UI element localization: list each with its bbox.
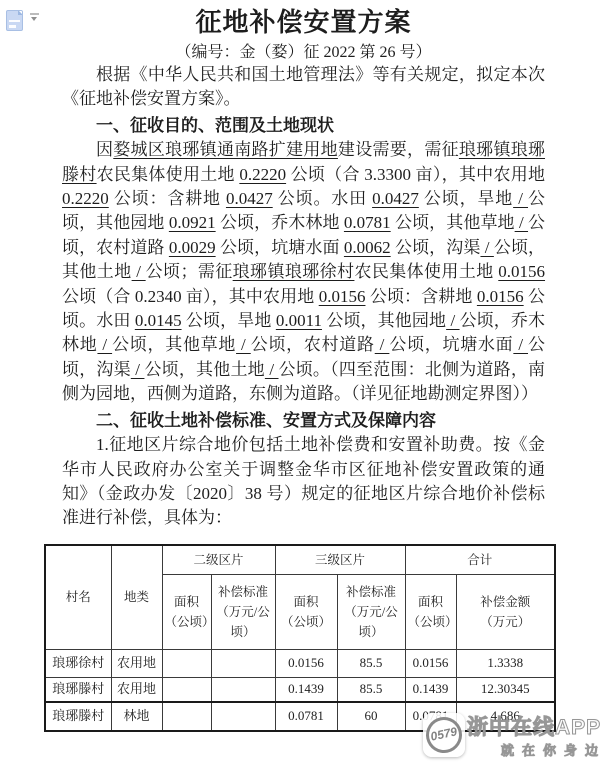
section2-heading: 二、征收土地补偿标准、安置方式及保障内容: [62, 409, 545, 433]
compensation-table: 村名 地类 二级区片 三级区片 合计 面积 （公顷） 补偿标准 （万元/公 顷）…: [44, 544, 556, 732]
cell-area-l2: [162, 649, 211, 677]
dropdown-arrow-icon[interactable]: [29, 13, 40, 22]
cell-land-type: 农用地: [111, 649, 162, 677]
section1-heading: 一、征收目的、范围及土地现状: [62, 114, 545, 138]
cell-area-l3: 0.0156: [275, 649, 337, 677]
watermark-logo-icon: 0579: [423, 714, 466, 757]
section2-paragraph: 1.征地区片综合地价包括土地补偿费和安置补助费。按《金华市人民政府办公室关于调整…: [62, 433, 545, 531]
col-header-area-l3: 面积 （公顷）: [275, 574, 337, 649]
group-header-total: 合计: [405, 545, 555, 575]
cell-land-type: 农用地: [111, 677, 162, 702]
app-watermark: 0579 浙中在线APP 就在你身边: [423, 713, 600, 759]
paste-options-widget[interactable]: [6, 10, 40, 31]
watermark-app-name: 浙中在线APP: [467, 716, 600, 739]
cell-area-l3: 0.1439: [275, 677, 337, 702]
cell-standard-l2: [211, 702, 275, 731]
col-header-amount: 补偿金额 （万元）: [456, 574, 555, 649]
watermark-badge: 0579: [423, 713, 465, 757]
document-title: 征地补偿安置方案: [62, 6, 545, 40]
document-number: （编号：金（婺）征 2022 第 26 号）: [62, 43, 545, 63]
group-header-level3: 三级区片: [275, 545, 405, 575]
cell-land-type: 林地: [111, 702, 162, 731]
document-body: 根据《中华人民共和国土地管理法》等有关规定，拟定本次《征地补偿安置方案》。 一、…: [62, 63, 545, 531]
section1-paragraph: 因婺城区琅琊镇通南路扩建用地建设需要，需征琅琊镇琅琊滕村农民集体使用土地 0.2…: [62, 138, 545, 406]
cell-standard-l3: 85.5: [337, 677, 405, 702]
page-fold-corner: [18, 10, 23, 15]
doc-icon-line: [9, 20, 20, 22]
caret-down-icon: [31, 17, 37, 21]
cell-standard-l2: [211, 677, 275, 702]
cell-village: 琅琊徐村: [45, 649, 111, 677]
cell-area-l2: [162, 702, 211, 731]
document-icon: [6, 10, 23, 31]
cell-standard-l3: 85.5: [337, 649, 405, 677]
cell-village: 琅琊滕村: [45, 702, 111, 731]
cell-area-l3: 0.0781: [275, 702, 337, 731]
watermark-text: 浙中在线APP 就在你身边: [467, 713, 600, 759]
table-row: 琅琊徐村 农用地 0.0156 85.5 0.0156 1.3338: [45, 649, 555, 677]
cell-area-total: 0.0156: [405, 649, 456, 677]
table-header-group-row: 村名 地类 二级区片 三级区片 合计: [45, 545, 555, 575]
intro-paragraph: 根据《中华人民共和国土地管理法》等有关规定，拟定本次《征地补偿安置方案》。: [62, 63, 545, 112]
watermark-slogan: 就在你身边: [501, 740, 600, 759]
cell-amount: 12.30345: [456, 677, 555, 702]
col-header-area-l2: 面积 （公顷）: [162, 574, 211, 649]
cell-standard-l3: 60: [337, 702, 405, 731]
cell-area-total: 0.1439: [405, 677, 456, 702]
col-header-area-total: 面积 （公顷）: [405, 574, 456, 649]
cell-village: 琅琊滕村: [45, 677, 111, 702]
group-header-level2: 二级区片: [162, 545, 275, 575]
doc-icon-chip: [9, 25, 16, 28]
cell-area-l2: [162, 677, 211, 702]
col-header-standard-l3: 补偿标准 （万元/公 顷）: [337, 574, 405, 649]
cell-amount: 1.3338: [456, 649, 555, 677]
col-header-land-type: 地类: [111, 545, 162, 650]
cell-standard-l2: [211, 649, 275, 677]
table-row: 琅琊滕村 农用地 0.1439 85.5 0.1439 12.30345: [45, 677, 555, 702]
col-header-village: 村名: [45, 545, 111, 650]
col-header-standard-l2: 补偿标准 （万元/公 顷）: [211, 574, 275, 649]
